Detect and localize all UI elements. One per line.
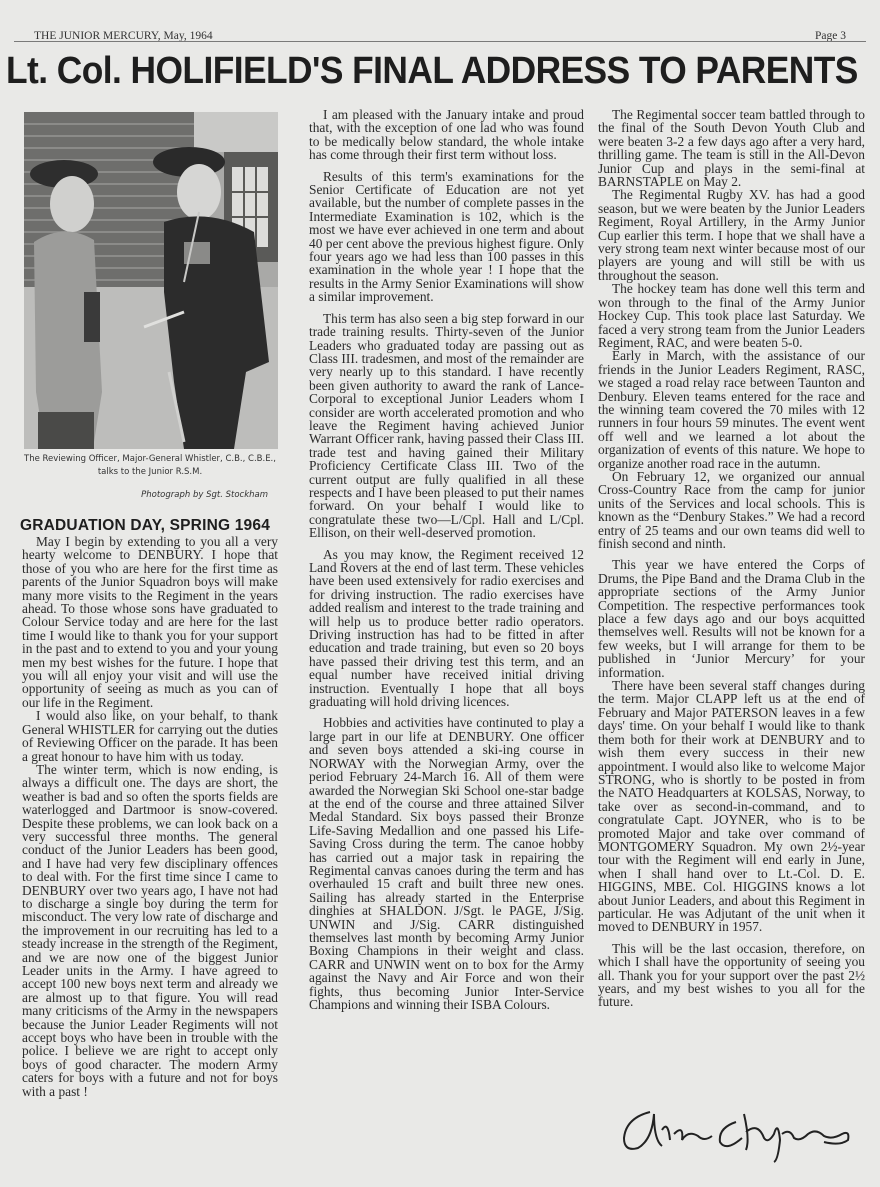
photo-officers: [24, 112, 278, 449]
paragraph: May I begin by extending to you all a ve…: [22, 535, 278, 709]
article-column-1: May I begin by extending to you all a ve…: [22, 535, 278, 1098]
paragraph: The Regimental Rugby XV. has had a good …: [598, 188, 865, 282]
paragraph: The Regimental soccer team battled throu…: [598, 108, 865, 188]
paragraph: I am pleased with the January intake and…: [309, 108, 584, 162]
paragraph: This term has also seen a big step forwa…: [309, 312, 584, 540]
photo-caption: The Reviewing Officer, Major-General Whi…: [18, 453, 282, 479]
photo-credit: Photograph by Sgt. Stockham: [20, 490, 268, 500]
paragraph: Results of this term's examinations for …: [309, 170, 584, 304]
paragraph: As you may know, the Regiment received 1…: [309, 548, 584, 709]
signature-image: [618, 1100, 858, 1164]
signature: [618, 1100, 858, 1164]
headline: Lt. Col. HOLIFIELD'S FINAL ADDRESS TO PA…: [6, 50, 813, 93]
article-column-2: I am pleased with the January intake and…: [309, 108, 584, 1011]
section-subhead: GRADUATION DAY, SPRING 1964: [20, 517, 284, 535]
running-header: THE JUNIOR MERCURY, May, 1964 Page 3: [34, 22, 846, 42]
paragraph: The winter term, which is now ending, is…: [22, 763, 278, 1098]
paragraph: There have been several staff changes du…: [598, 679, 865, 934]
header-rule: [14, 41, 866, 42]
paragraph: The hockey team has done well this term …: [598, 282, 865, 349]
article-column-3: The Regimental soccer team battled throu…: [598, 108, 865, 1009]
paragraph: On February 12, we organized our annual …: [598, 470, 865, 550]
paragraph: This will be the last occasion, therefor…: [598, 942, 865, 1009]
paragraph: Hobbies and activities have continuted t…: [309, 716, 584, 1011]
paragraph: Early in March, with the assistance of o…: [598, 349, 865, 470]
paragraph: I would also like, on your behalf, to th…: [22, 709, 278, 763]
paragraph: This year we have entered the Corps of D…: [598, 558, 865, 679]
photo-image: [24, 112, 278, 449]
